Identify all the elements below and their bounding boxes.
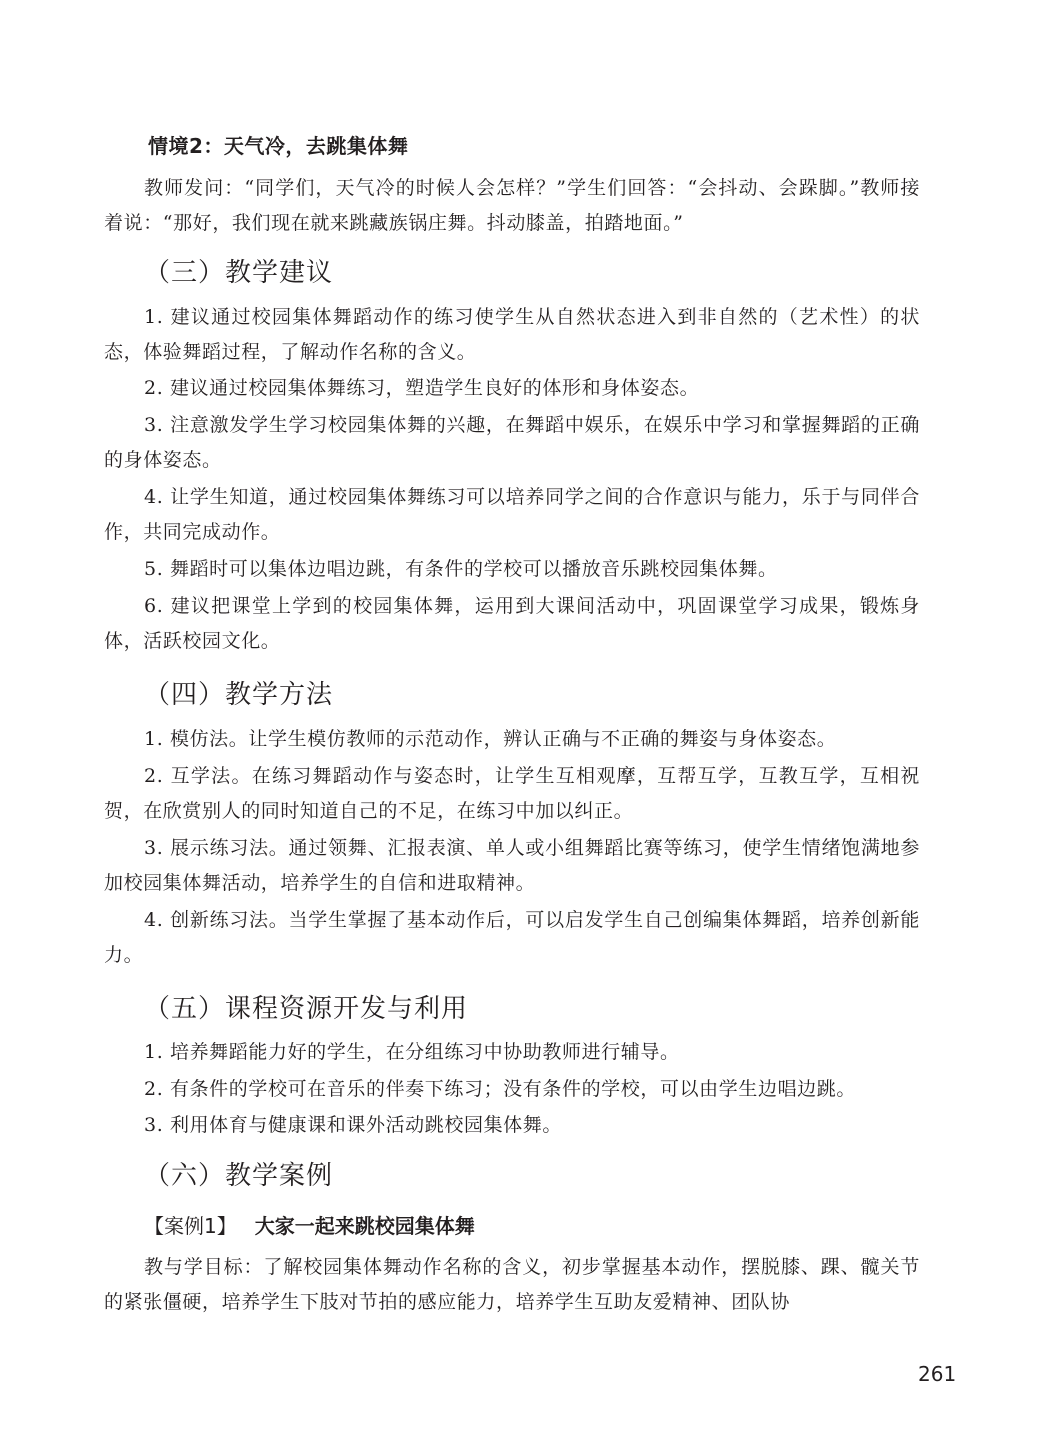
scenario-title: 情境2：天气冷，去跳集体舞 — [148, 130, 408, 159]
scenario-paragraph: 教师发问：“同学们，天气冷的时候人会怎样？”学生们回答：“会抖动、会跺脚。”教师… — [104, 171, 920, 241]
resource-item-2: 2. 有条件的学校可在音乐的伴奏下练习；没有条件的学校，可以由学生边唱边跳。 — [104, 1072, 920, 1107]
case-paragraph: 教与学目标：了解校园集体舞动作名称的含义，初步掌握基本动作，摆脱膝、踝、髋关节的… — [104, 1250, 920, 1320]
section-heading-resources: （五）课程资源开发与利用 — [144, 988, 468, 1025]
section-heading-teaching-methods: （四）教学方法 — [144, 674, 333, 711]
suggestion-item-2: 2. 建议通过校园集体舞练习，塑造学生良好的体形和身体姿态。 — [104, 371, 920, 406]
method-item-3: 3. 展示练习法。通过领舞、汇报表演、单人或小组舞蹈比赛等练习，使学生情绪饱满地… — [104, 831, 920, 901]
method-item-2: 2. 互学法。在练习舞蹈动作与姿态时，让学生互相观摩，互帮互学，互教互学，互相祝… — [104, 759, 920, 829]
suggestion-item-5: 5. 舞蹈时可以集体边唱边跳，有条件的学校可以播放音乐跳校园集体舞。 — [104, 552, 920, 587]
resource-item-3: 3. 利用体育与健康课和课外活动跳校园集体舞。 — [104, 1108, 920, 1143]
suggestion-item-3: 3. 注意激发学生学习校园集体舞的兴趣，在舞蹈中娱乐，在娱乐中学习和掌握舞蹈的正… — [104, 408, 920, 478]
suggestion-item-6: 6. 建议把课堂上学到的校园集体舞，运用到大课间活动中，巩固课堂学习成果，锻炼身… — [104, 589, 920, 659]
case-title-text: 大家一起来跳校园集体舞 — [255, 1214, 475, 1238]
section-heading-teaching-cases: （六）教学案例 — [144, 1155, 333, 1192]
suggestion-item-4: 4. 让学生知道，通过校园集体舞练习可以培养同学之间的合作意识与能力，乐于与同伴… — [104, 480, 920, 550]
page-number: 261 — [918, 1362, 956, 1386]
case-title: 【案例1】大家一起来跳校园集体舞 — [144, 1210, 475, 1239]
method-item-1: 1. 模仿法。让学生模仿教师的示范动作，辨认正确与不正确的舞姿与身体姿态。 — [104, 722, 920, 757]
case-label: 【案例1】 — [144, 1214, 237, 1238]
section-heading-teaching-suggestions: （三）教学建议 — [144, 252, 333, 289]
resource-item-1: 1. 培养舞蹈能力好的学生，在分组练习中协助教师进行辅导。 — [104, 1035, 920, 1070]
method-item-4: 4. 创新练习法。当学生掌握了基本动作后，可以启发学生自己创编集体舞蹈，培养创新… — [104, 903, 920, 973]
suggestion-item-1: 1. 建议通过校园集体舞蹈动作的练习使学生从自然状态进入到非自然的（艺术性）的状… — [104, 300, 920, 370]
